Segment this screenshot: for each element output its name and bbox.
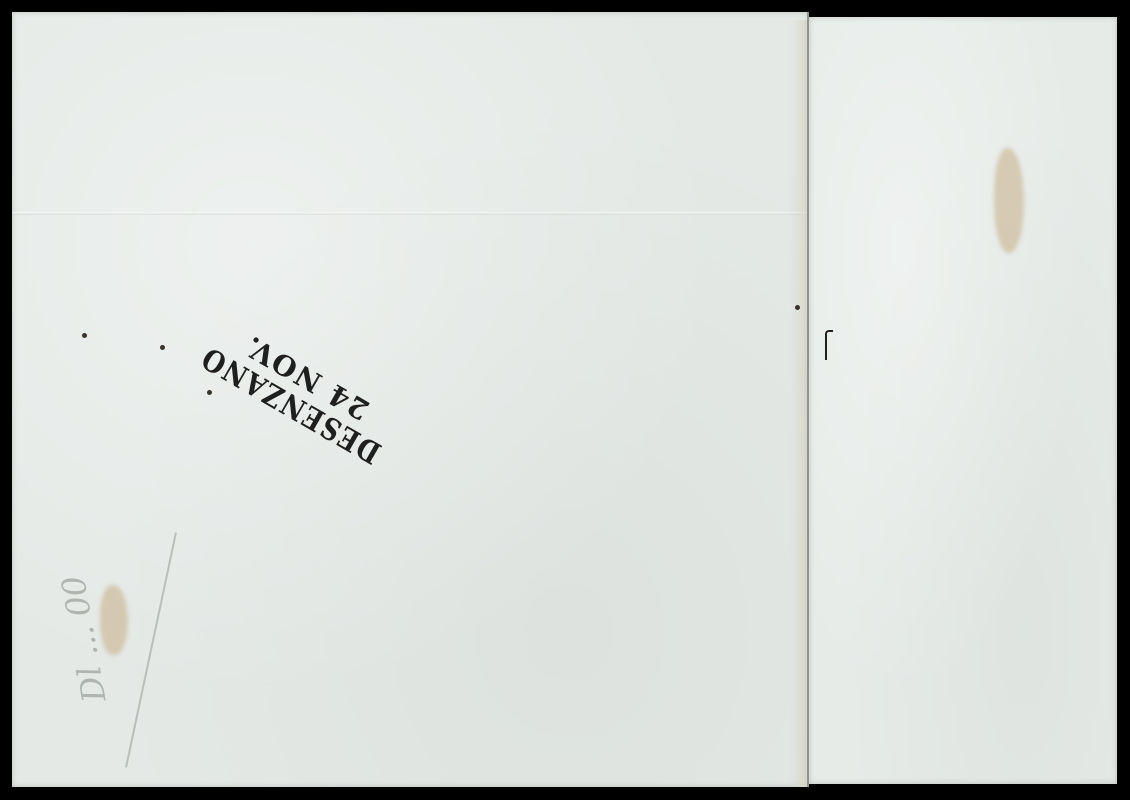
letter-sheet: [12, 12, 809, 787]
fold-crease: [12, 212, 809, 215]
foxing-stain: [100, 585, 128, 655]
letter-flap: [809, 17, 1117, 784]
foxing-stain: [994, 148, 1024, 253]
ink-spot: [82, 333, 87, 338]
ink-mark: [825, 330, 833, 360]
ink-spot: [795, 305, 800, 310]
ink-spot: [160, 345, 165, 350]
ink-spot: [207, 390, 212, 395]
fold-edge: [807, 12, 809, 787]
fold-shadow: [790, 20, 808, 785]
